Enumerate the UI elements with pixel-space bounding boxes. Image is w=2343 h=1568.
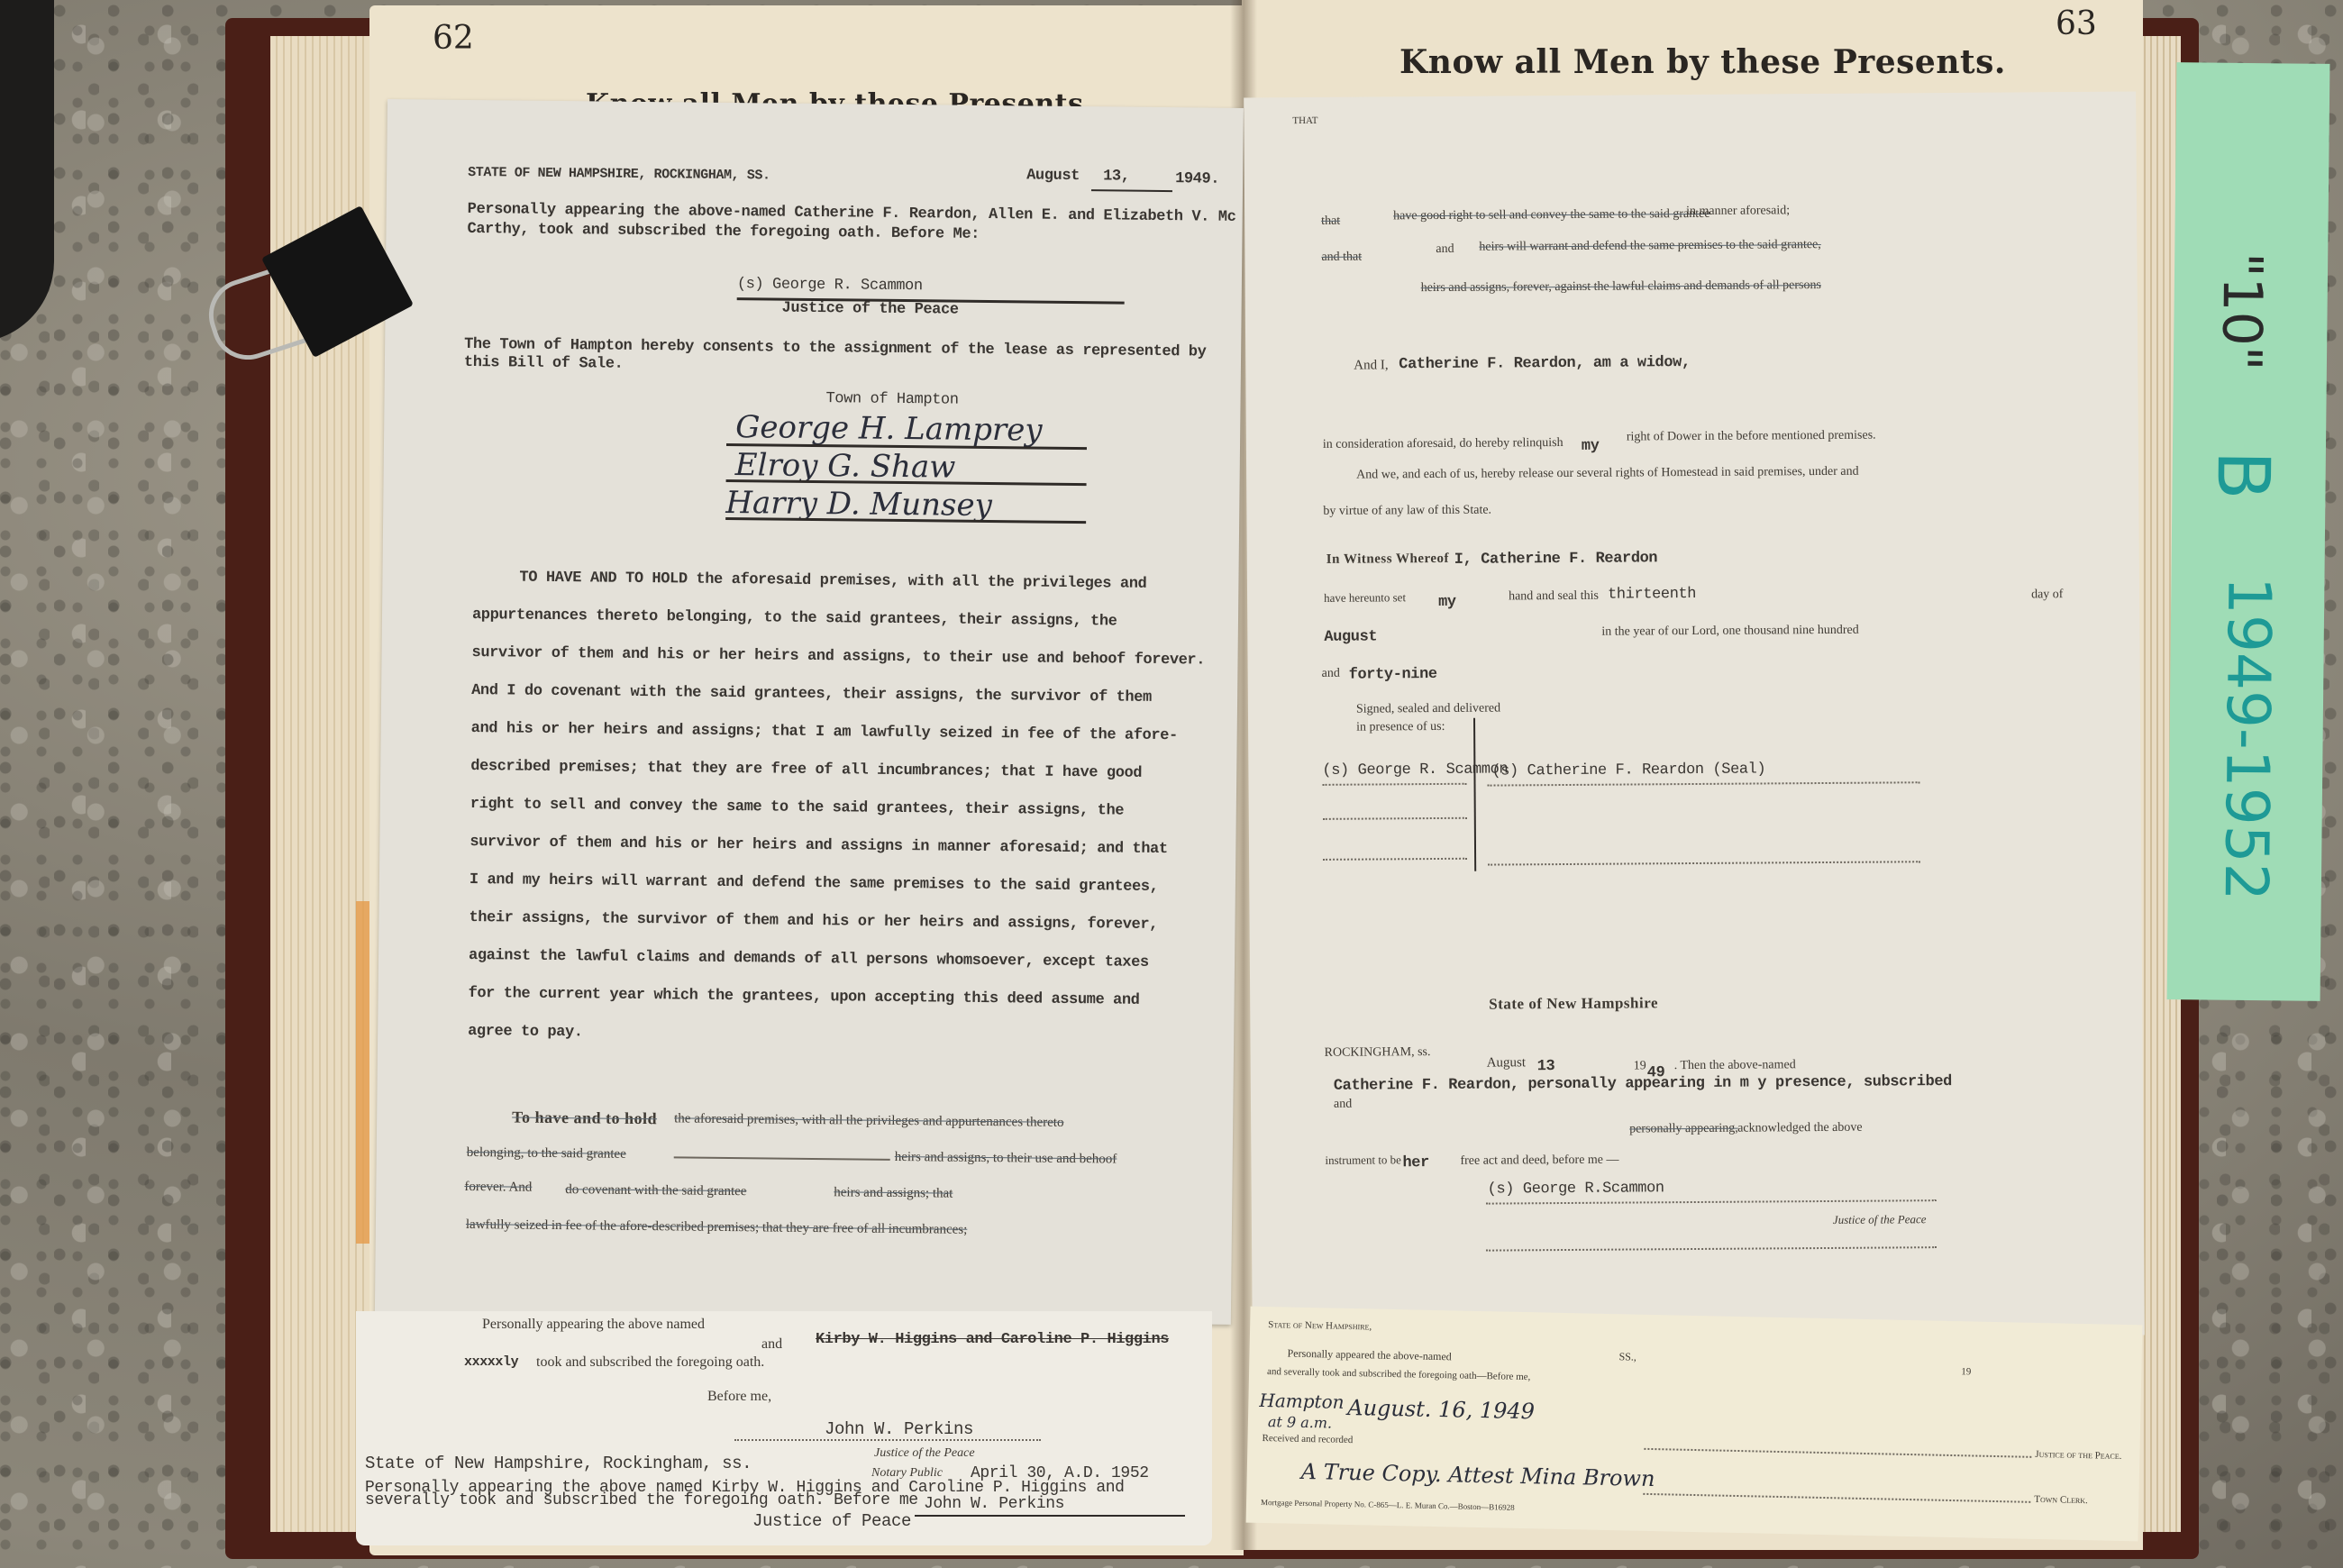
struck-line: heirs and assigns; that (834, 1185, 953, 1201)
ack-and: and (1334, 1098, 1352, 1112)
witness-typed-my: my (1438, 594, 1456, 611)
date-month: August (1026, 167, 1080, 185)
page-number-left: 62 (433, 20, 474, 57)
struck-line: do covenant with the said grantee (565, 1182, 746, 1199)
ack-struck: personally appearing, (1629, 1122, 1738, 1137)
dower-and-i: And I, (1354, 358, 1388, 373)
slip-clerk-label: Town Clerk. (2034, 1494, 2088, 1506)
bag-strap (0, 0, 54, 342)
ack-then-named: . Then the above-named (1674, 1058, 1796, 1073)
venue: STATE OF NEW HAMPSHIRE, ROCKINGHAM, SS. (468, 165, 770, 184)
left-bottom-slip: Personally appearing the above named and… (356, 1311, 1212, 1545)
form-line: that (1321, 214, 1340, 229)
slip-venue: State of New Hampshire, (1268, 1319, 1372, 1332)
slip-struck-names: Kirby W. Higgins and Caroline P. Higgins (816, 1331, 1169, 1348)
witness-and: and (1322, 667, 1340, 681)
hand-attest: A True Copy. Attest Mina Brown (1301, 1459, 1655, 1491)
ack-jp-title: Justice of the Peace (1833, 1212, 1927, 1227)
habendum-line: appurtenances thereto belonging, to the … (472, 606, 1117, 630)
consent-line-2: this Bill of Sale. (464, 354, 624, 373)
slip-before-me: Before me, (707, 1389, 771, 1405)
signature-selectman-1: George H. Lamprey (735, 409, 1043, 449)
sticky-text-1: "10" (2210, 252, 2274, 371)
habendum-line: TO HAVE AND TO HOLD the aforesaid premis… (519, 570, 1146, 593)
ack-free-act: free act and deed, before me — (1460, 1153, 1618, 1169)
struck-line: forever. And (464, 1180, 532, 1196)
struck-line: the aforesaid premises, with all the pri… (674, 1111, 1063, 1131)
hand-date: August. 16, 1949 (1347, 1395, 1535, 1424)
witness-have-set: have hereunto set (1324, 590, 1406, 606)
slip-form-footer: Mortgage Personal Property No. C-865—L. … (1261, 1498, 1515, 1512)
homestead-line-1: And we, and each of us, hereby release o… (1356, 465, 1859, 483)
habendum-line: And I do covenant with the said grantees… (471, 682, 1152, 707)
habendum-line: against the lawful claims and demands of… (469, 947, 1149, 971)
slip-xxxx: xxxxxly (464, 1354, 518, 1370)
page-number-right: 63 (2056, 5, 2097, 42)
slip-jp-label: Justice of the Peace. (2035, 1449, 2121, 1462)
slip-received: Received and recorded (1262, 1433, 1353, 1445)
slip-signature-1: John W. Perkins (825, 1419, 973, 1439)
sticky-text-2: B (2201, 450, 2285, 500)
form-line: have good right to sell and convey the s… (1393, 207, 1710, 223)
ack-jp-signature: (s) George R.Scammon (1488, 1180, 1664, 1198)
form-line: in manner aforesaid; (1686, 204, 1790, 219)
struck-heading: To have and to hold (512, 1108, 657, 1129)
struck-line: belonging, to the said grantee (467, 1145, 626, 1162)
ack-county: ROCKINGHAM, ss. (1325, 1045, 1431, 1061)
ack-heading: State of New Hampshire (1489, 994, 1658, 1013)
witness-year-text: in the year of our Lord, one thousand ni… (1601, 624, 1858, 640)
dower-typed-my: my (1582, 438, 1600, 455)
right-deed-sheet: THAT that have good right to sell and co… (1244, 92, 2145, 1342)
habendum-line: described premises; that they are free o… (470, 758, 1142, 782)
sticky-text-3: 1949-1952 (2211, 577, 2284, 902)
slip-ss: SS., (1618, 1350, 1636, 1363)
witness-day-of: day of (2031, 588, 2064, 602)
ack-year-prefix: 19 (1634, 1059, 1646, 1073)
witness-typed-month: August (1324, 628, 1377, 645)
form-line: and that (1321, 251, 1362, 265)
slip-signature-2: John W. Perkins (924, 1495, 1064, 1513)
that-label: THAT (1292, 115, 1317, 126)
date-day: 13, (1103, 168, 1130, 185)
ack-typed-line: Catherine F. Reardon, personally appeari… (1334, 1073, 1952, 1095)
typed-deed-sheet: STATE OF NEW HAMPSHIRE, ROCKINGHAM, SS. … (375, 99, 1244, 1325)
signed-label-1: Signed, sealed and delivered (1356, 702, 1500, 717)
dower-typed-name: Catherine F. Reardon, am a widow, (1399, 354, 1691, 373)
slip-year-prefix: 19 (1961, 1366, 1971, 1377)
dower-rest: right of Dower in the before mentioned p… (1627, 429, 1876, 445)
slip-typed-venue: State of New Hampshire, Rockingham, ss. (365, 1454, 752, 1473)
slip-appeared: Personally appeared the above-named (1287, 1347, 1452, 1364)
sticky-note-tab: "10" B 1949-1952 (2167, 62, 2330, 1001)
witness-typed-day: thirteenth (1608, 586, 1696, 604)
homestead-line-2: by virtue of any law of this State. (1323, 504, 1491, 519)
jp-title: Justice of the Peace (781, 300, 958, 319)
ack-instrument: instrument to be (1325, 1153, 1401, 1168)
ack-day: 13 (1537, 1058, 1555, 1075)
hand-time: at 9 a.m. (1268, 1413, 1333, 1431)
date-year: 1949. (1175, 170, 1219, 188)
struck-line: heirs and assigns, to their use and beho… (895, 1150, 1117, 1168)
ack-rest: acknowledged the above (1737, 1121, 1862, 1136)
town-label: Town of Hampton (825, 390, 958, 409)
slip-typed-jp-title: Justice of Peace (752, 1511, 911, 1531)
witness-heading: In Witness Whereof (1326, 552, 1449, 568)
witness-hand-seal: hand and seal this (1509, 589, 1599, 605)
jp-signature: (s) George R. Scammon (737, 276, 923, 295)
form-line: and (1436, 242, 1454, 257)
slip-appearing: Personally appearing the above named (482, 1317, 705, 1333)
witness-typed-year: forty-nine (1349, 666, 1437, 684)
habendum-line: I and my heirs will warrant and defend t… (470, 871, 1159, 896)
oath-line-2: Carthy, took and subscribed the foregoin… (467, 221, 980, 243)
hand-place: Hampton (1259, 1390, 1345, 1413)
ack-month: August (1487, 1055, 1526, 1071)
ack-typed-her: her (1402, 1154, 1429, 1171)
slip-typed-oath-2: severally took and subscribed the forego… (365, 1491, 918, 1509)
habendum-line: right to sell and convey the same to the… (470, 796, 1124, 820)
page-header: Know all Men by these Presents. (1399, 43, 2006, 81)
witness-typed-name: I, Catherine F. Reardon (1454, 550, 1658, 569)
signed-label-2: in presence of us: (1356, 720, 1445, 735)
slip-jp-title: Justice of the Peace (874, 1446, 975, 1461)
form-line: heirs and assigns, forever, against the … (1421, 278, 1821, 296)
habendum-line: for the current year which the grantees,… (469, 985, 1140, 1009)
habendum-line: agree to pay. (468, 1023, 583, 1041)
grantor-signature: (s) Catherine F. Reardon (Seal) (1491, 761, 1765, 779)
habendum-line: their assigns, the survivor of them and … (469, 909, 1158, 934)
right-bottom-slip: State of New Hampshire, SS., 19 Personal… (1246, 1307, 2143, 1542)
dower-consideration: in consideration aforesaid, do hereby re… (1323, 436, 1564, 452)
witness-signature: (s) George R. Scammon (1322, 761, 1508, 779)
slip-oath: took and subscribed the foregoing oath. (536, 1354, 764, 1371)
habendum-line: and his or her heirs and assigns; that I… (471, 720, 1178, 744)
struck-line: lawfully seized in fee of the afore-desc… (466, 1217, 968, 1238)
slip-severally: and severally took and subscribed the fo… (1267, 1366, 1531, 1382)
slip-and: and (761, 1336, 782, 1353)
habendum-line: survivor of them and his or her heirs an… (471, 644, 1205, 670)
habendum-line: survivor of them and his or her heirs an… (470, 834, 1168, 858)
form-line: heirs will warrant and defend the same p… (1479, 238, 1821, 255)
